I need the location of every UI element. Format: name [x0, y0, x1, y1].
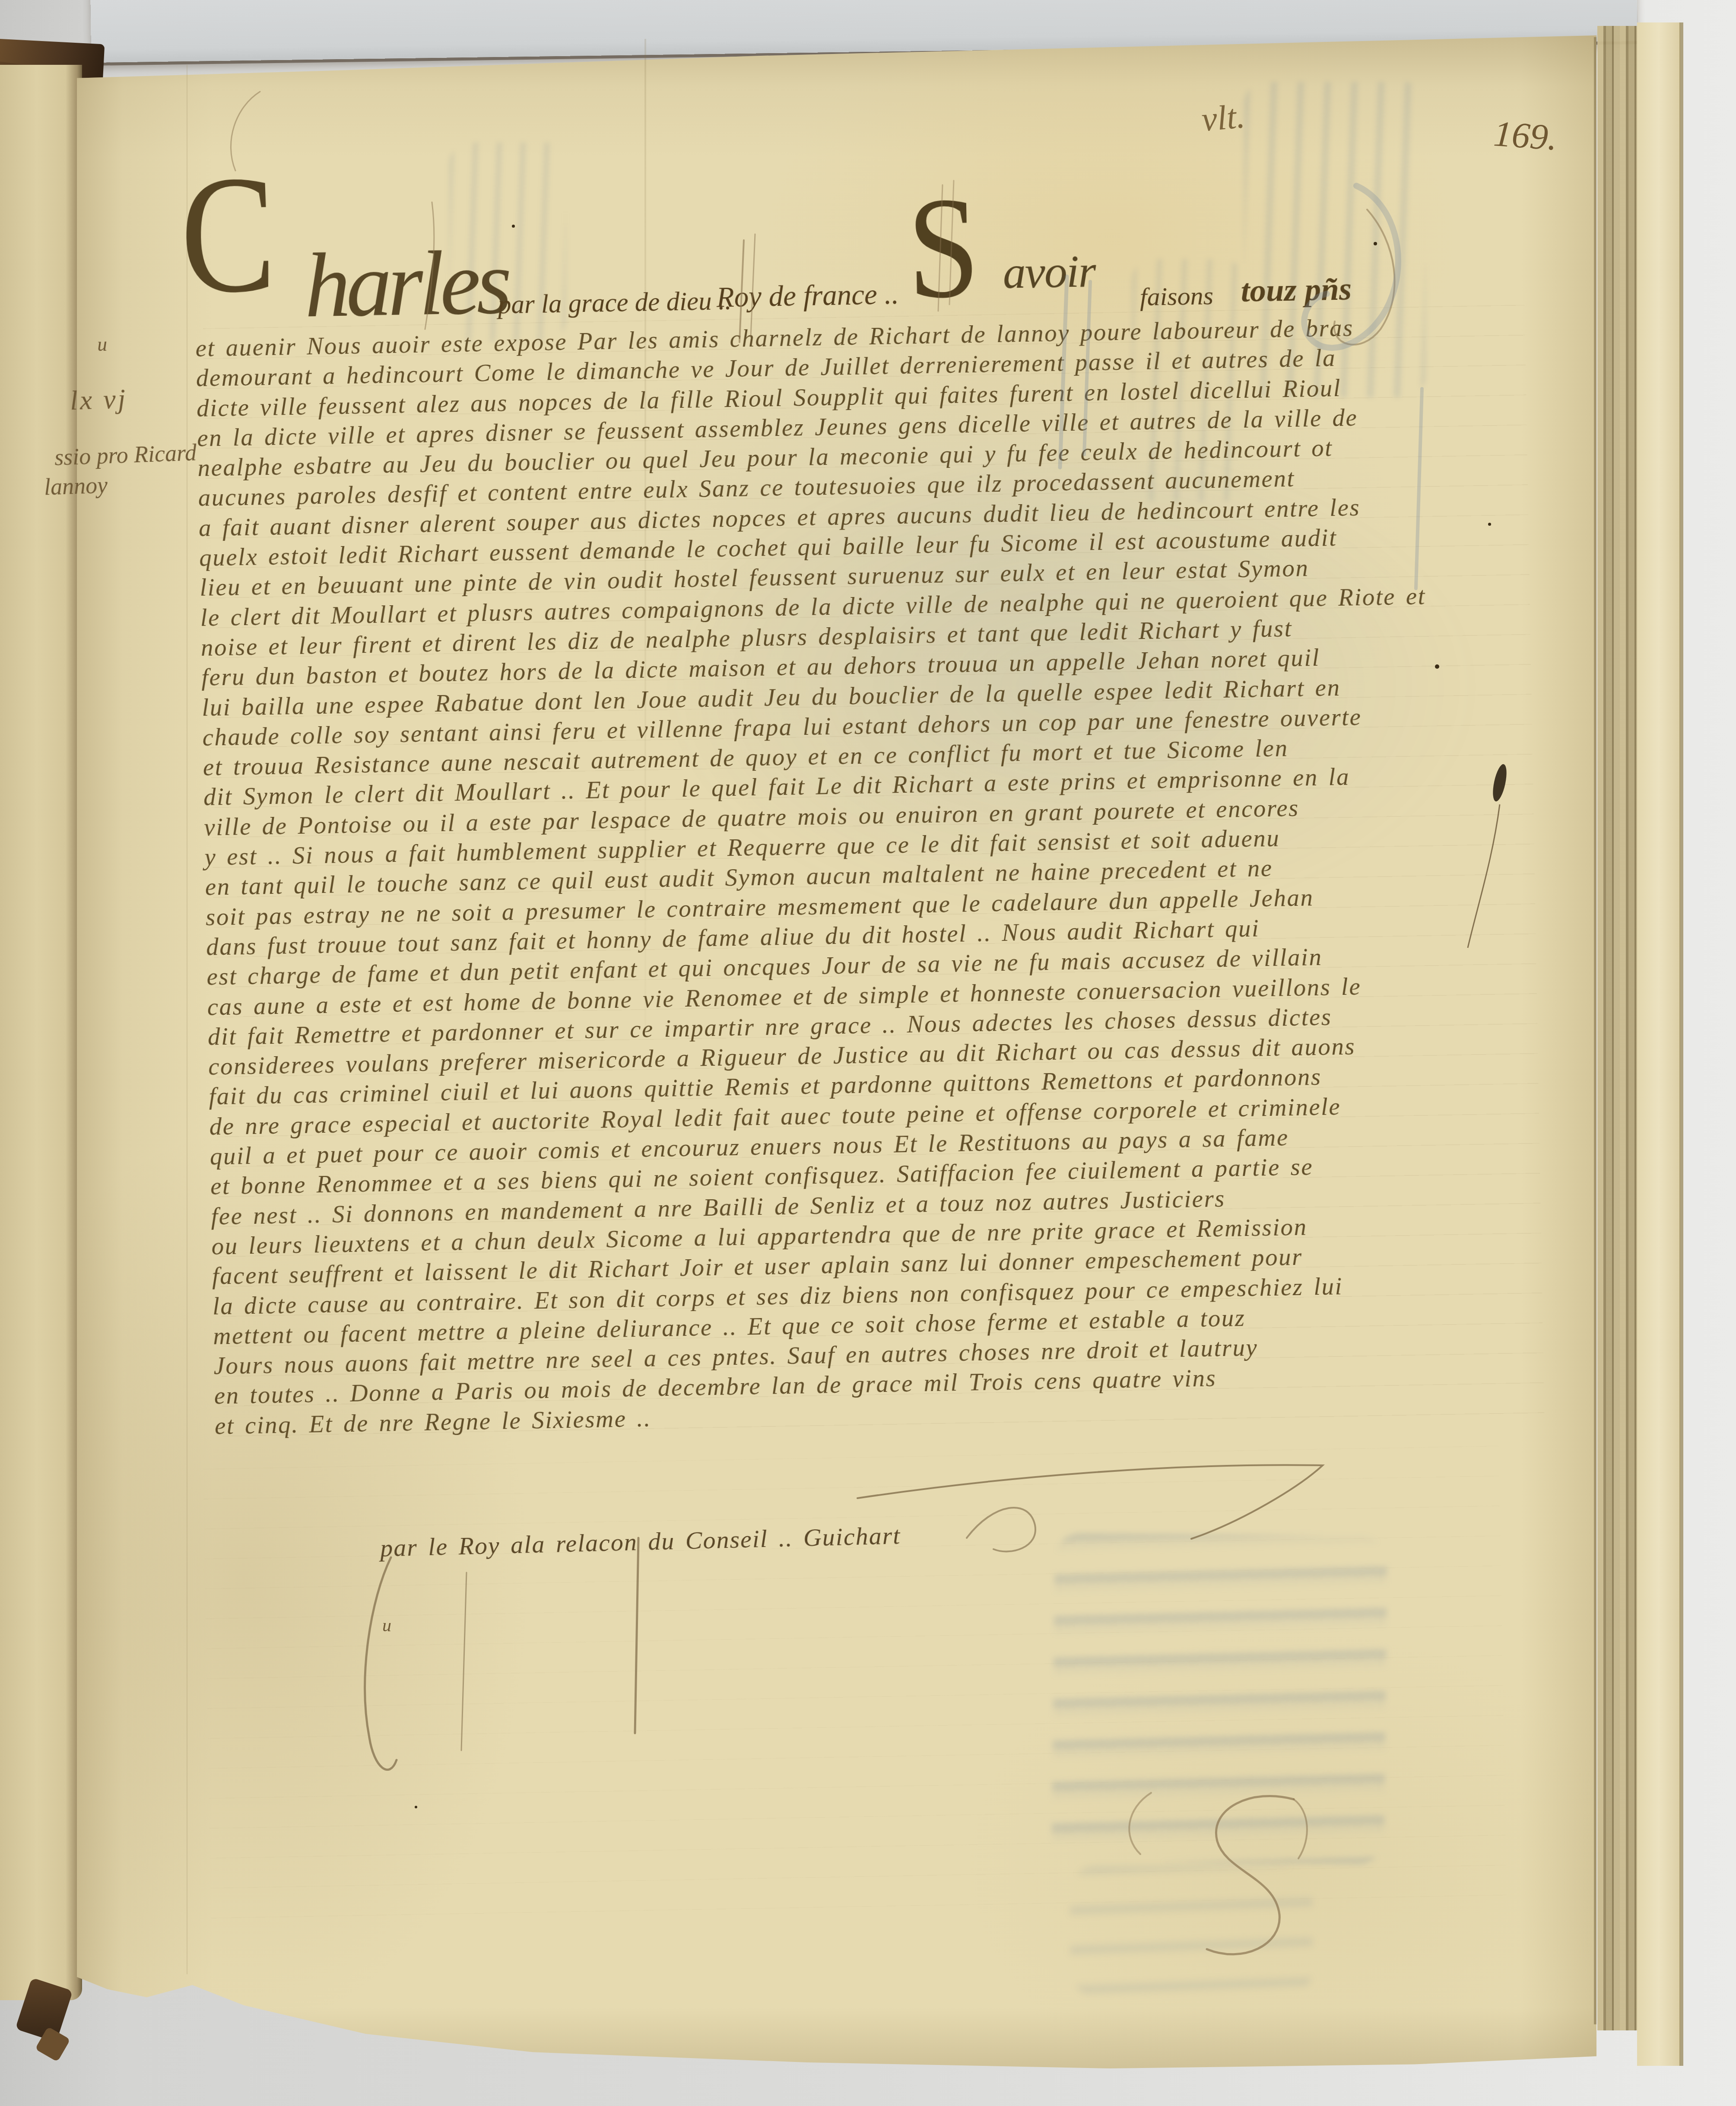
ink-speck — [1374, 242, 1377, 245]
decorated-initial-S: S — [906, 175, 981, 321]
folio-number: 169. — [1492, 113, 1558, 159]
underlying-leaf-edge — [1637, 22, 1680, 2066]
margin-note-line1: ssio pro Ricard — [54, 439, 197, 470]
ink-speck — [1240, 1071, 1242, 1074]
subscription-mark: u — [382, 1617, 391, 1635]
manuscript-text: et auenir Nous auoir este expose Par les… — [195, 310, 1554, 1441]
ink-speck — [512, 225, 515, 228]
margin-note-line2: lannoy — [44, 471, 108, 500]
margin-paragraph-mark: u — [97, 333, 108, 356]
heading-savoir: avoir — [1003, 245, 1096, 299]
page-edge-crevice — [1594, 37, 1596, 2024]
left-margin-ruling — [187, 65, 187, 1974]
ink-speck — [1435, 664, 1439, 669]
blank-area-ruling-lines — [203, 1446, 1507, 1944]
margin-tax-note: lx vj — [70, 383, 128, 417]
heading-touz-presens: touz pñs — [1241, 270, 1352, 310]
page-edge-stack — [1597, 26, 1637, 2030]
text-block: C harles par la grace de dieu .. Roy de … — [195, 310, 1554, 1441]
heading-grace-formula: par la grace de dieu .. — [498, 286, 732, 321]
ink-speck — [1488, 523, 1491, 526]
manuscript-photo: vlt. 169. u lx vj ssio pro Ricard lannoy… — [0, 0, 1736, 2106]
decorated-initial-C: C — [179, 150, 277, 320]
underlying-leaf-edge-line — [1679, 22, 1683, 2066]
heading-king-name: harles — [304, 236, 508, 331]
heading-faisons: faisons — [1139, 281, 1213, 312]
heading-royal-title: Roy de france .. — [716, 278, 899, 314]
gutter-previous-leaf — [0, 65, 82, 2000]
ink-speck — [415, 1806, 417, 1808]
quire-mark: vlt. — [1200, 97, 1247, 140]
